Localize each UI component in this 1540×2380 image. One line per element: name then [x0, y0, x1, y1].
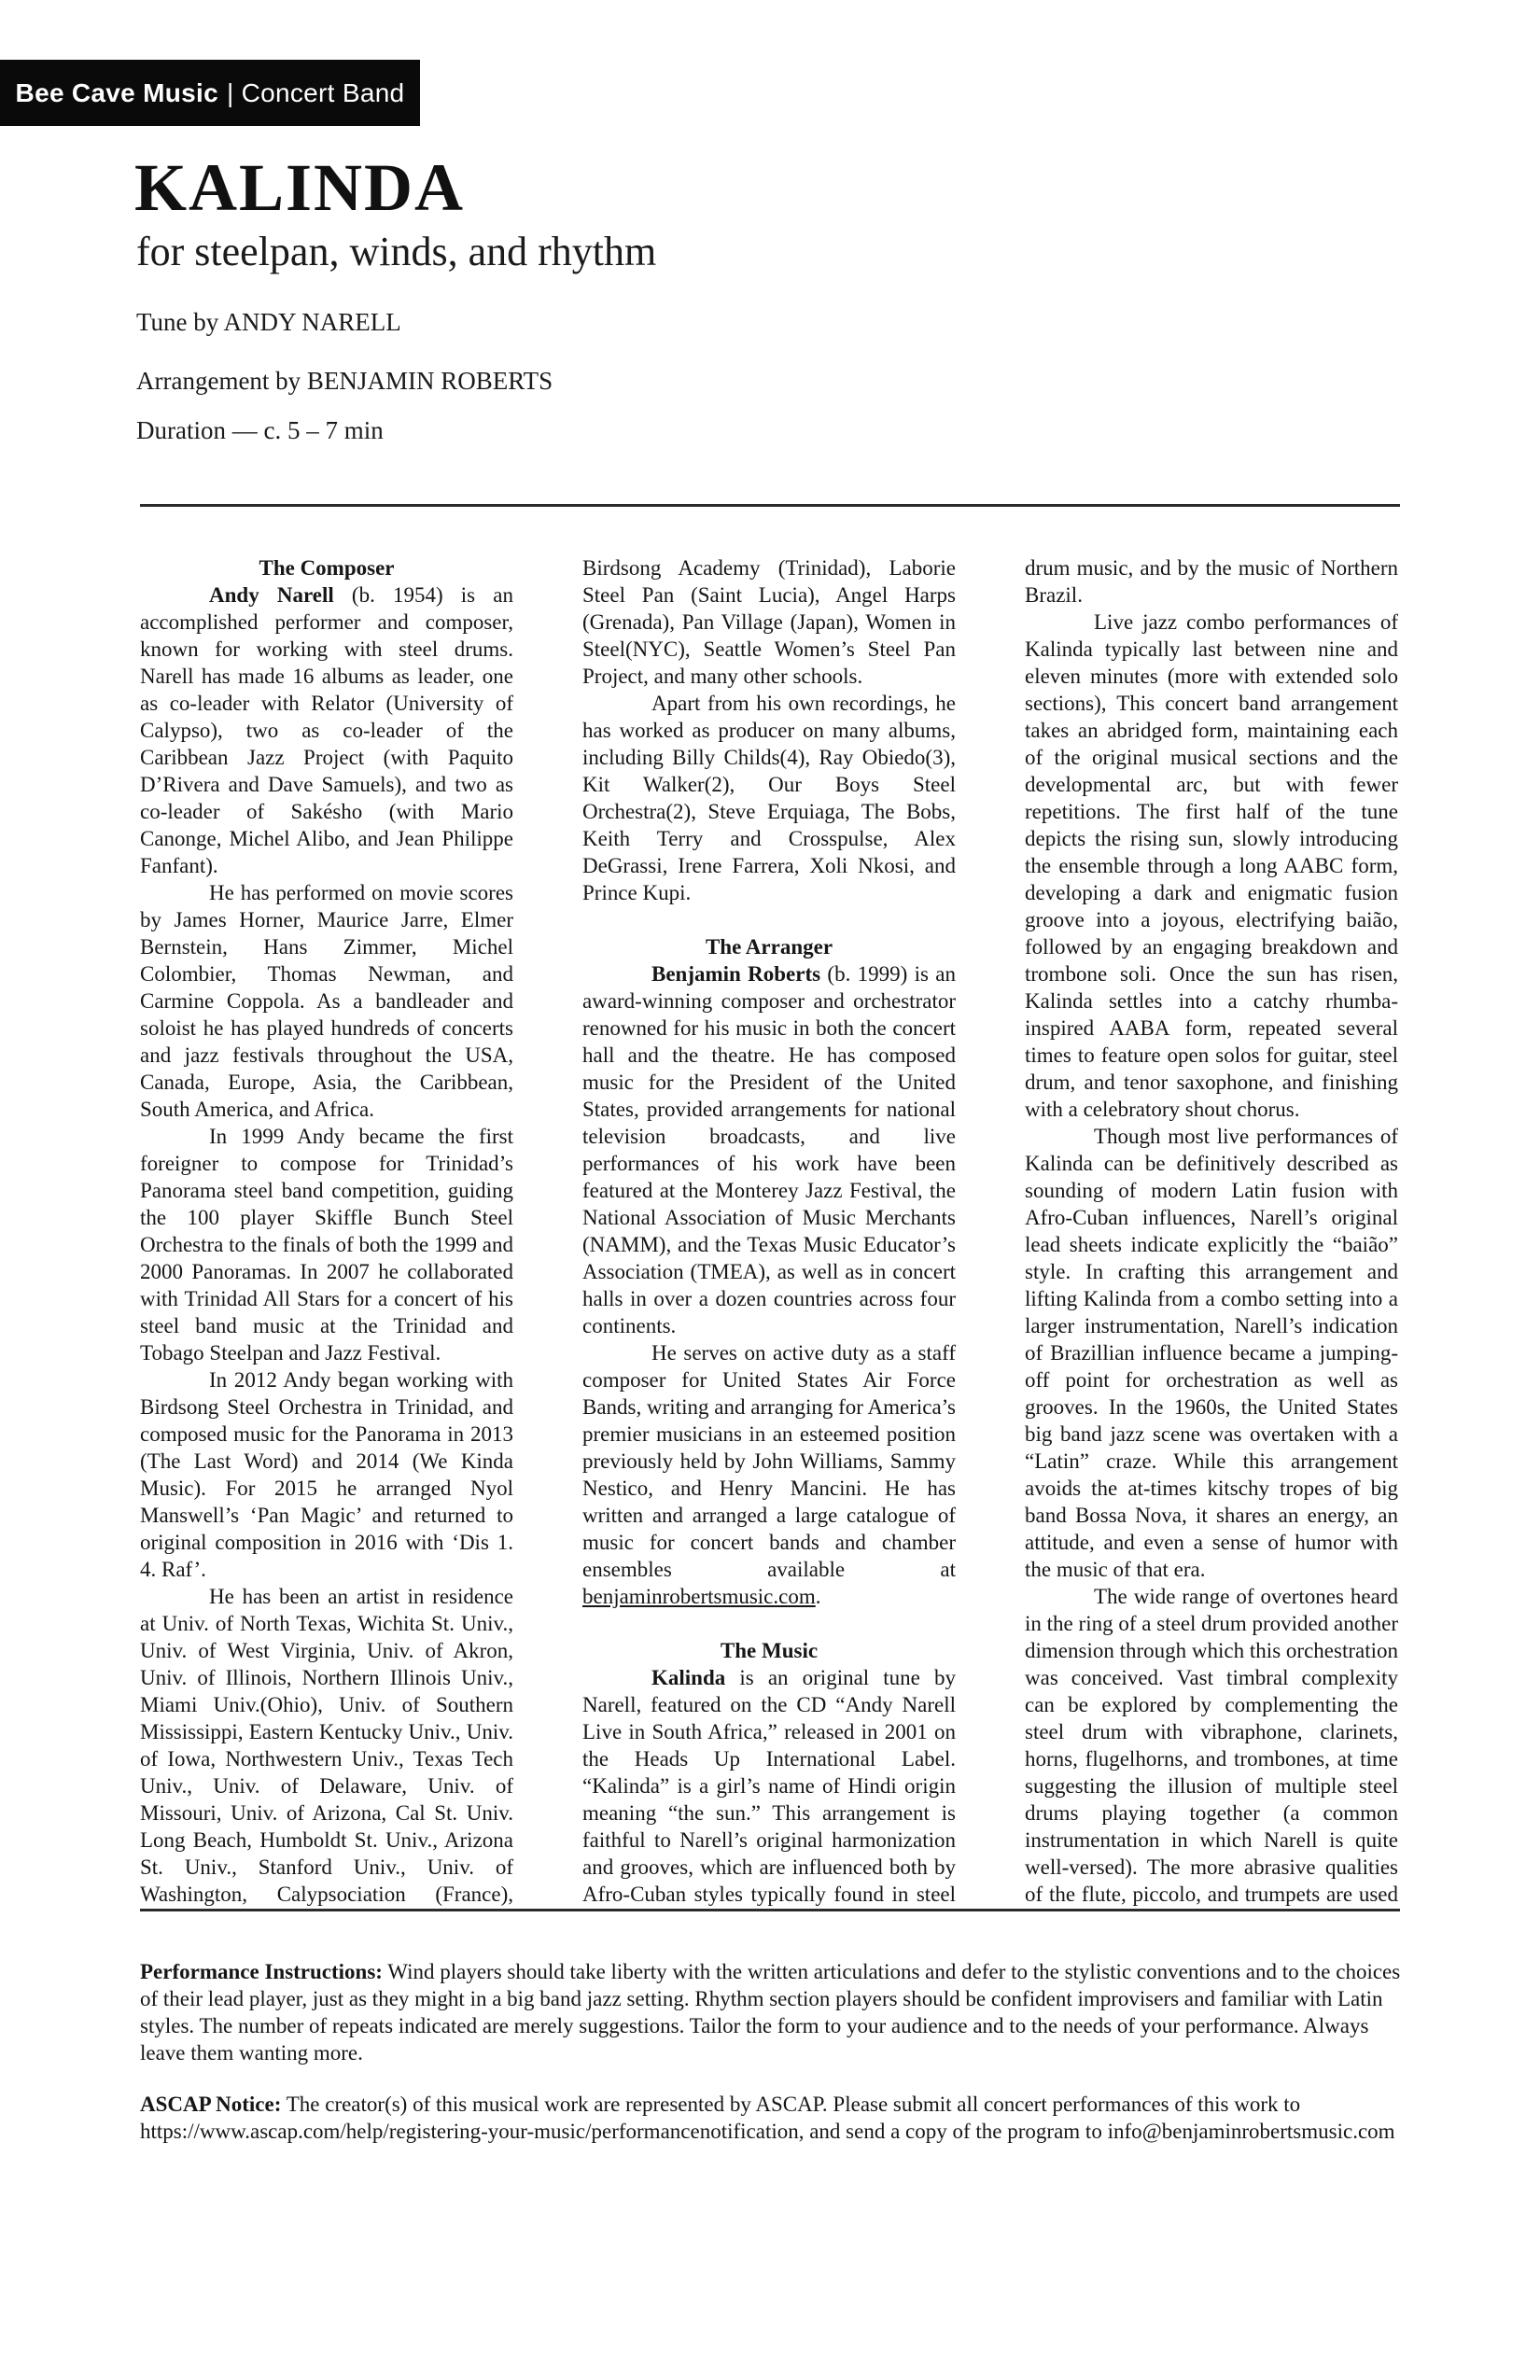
arranger-paragraph-1-text: (b. 1999) is an award-winning composer a… — [582, 962, 956, 1337]
program-notes-page: { "banner": { "brand": "Bee Cave Music",… — [0, 0, 1540, 2380]
series-name: | Concert Band — [227, 78, 404, 108]
page-title: KALINDA — [134, 154, 465, 221]
composer-name-bold: Andy Narell — [209, 583, 334, 607]
arranger-heading: The Arranger — [582, 933, 956, 960]
publisher-banner: Bee Cave Music | Concert Band — [0, 60, 420, 126]
publisher-name: Bee Cave Music — [16, 78, 218, 108]
music-heading: The Music — [582, 1637, 956, 1664]
top-divider — [140, 504, 1400, 507]
music-title-bold: Kalinda — [651, 1666, 725, 1689]
performance-instructions: Performance Instructions: Wind players s… — [140, 1958, 1411, 2066]
bottom-divider — [140, 1909, 1400, 1911]
footer-notes: Performance Instructions: Wind players s… — [140, 1958, 1411, 2145]
composer-paragraph-1-text: (b. 1954) is an accomplished performer a… — [140, 583, 513, 877]
composer-heading: The Composer — [140, 554, 513, 581]
benjaminrobertsmusic-link[interactable]: benjaminrobertsmusic.com — [582, 1585, 816, 1608]
composer-paragraph-1: Andy Narell (b. 1954) is an accomplished… — [140, 581, 513, 879]
arrangement-byline: Arrangement by BENJAMIN ROBERTS — [136, 368, 553, 396]
ascap-notice-label: ASCAP Notice: — [140, 2093, 281, 2116]
arranger-name-bold: Benjamin Roberts — [651, 962, 820, 986]
ascap-notice: ASCAP Notice: The creator(s) of this mus… — [140, 2091, 1411, 2145]
arranger-paragraph-1: Benjamin Roberts (b. 1999) is an award-w… — [582, 960, 956, 1339]
ascap-notice-text: The creator(s) of this musical work are … — [140, 2093, 1395, 2143]
duration-line: Duration — c. 5 – 7 min — [136, 417, 384, 445]
music-paragraph-3: Though most live performances of Kalinda… — [1025, 1123, 1398, 1583]
composer-paragraph-4: In 2012 Andy began working with Birdsong… — [140, 1366, 513, 1583]
music-paragraph-2: Live jazz combo performances of Kalinda … — [1025, 609, 1398, 1123]
program-notes-columns: The Composer Andy Narell (b. 1954) is an… — [140, 554, 1398, 1910]
arranger-paragraph-2-period: . — [816, 1585, 821, 1608]
arranger-paragraph-2-text: He serves on active duty as a staff comp… — [582, 1341, 956, 1581]
arranger-paragraph-2: He serves on active duty as a staff comp… — [582, 1339, 956, 1610]
composer-paragraph-6: Apart from his own recordings, he has wo… — [582, 690, 956, 906]
composer-paragraph-3: In 1999 Andy became the first foreigner … — [140, 1123, 513, 1366]
tune-byline: Tune by ANDY NARELL — [136, 309, 401, 337]
composer-paragraph-2: He has performed on movie scores by Jame… — [140, 879, 513, 1123]
performance-instructions-label: Performance Instructions: — [140, 1960, 383, 1983]
page-subtitle: for steelpan, winds, and rhythm — [136, 231, 656, 273]
